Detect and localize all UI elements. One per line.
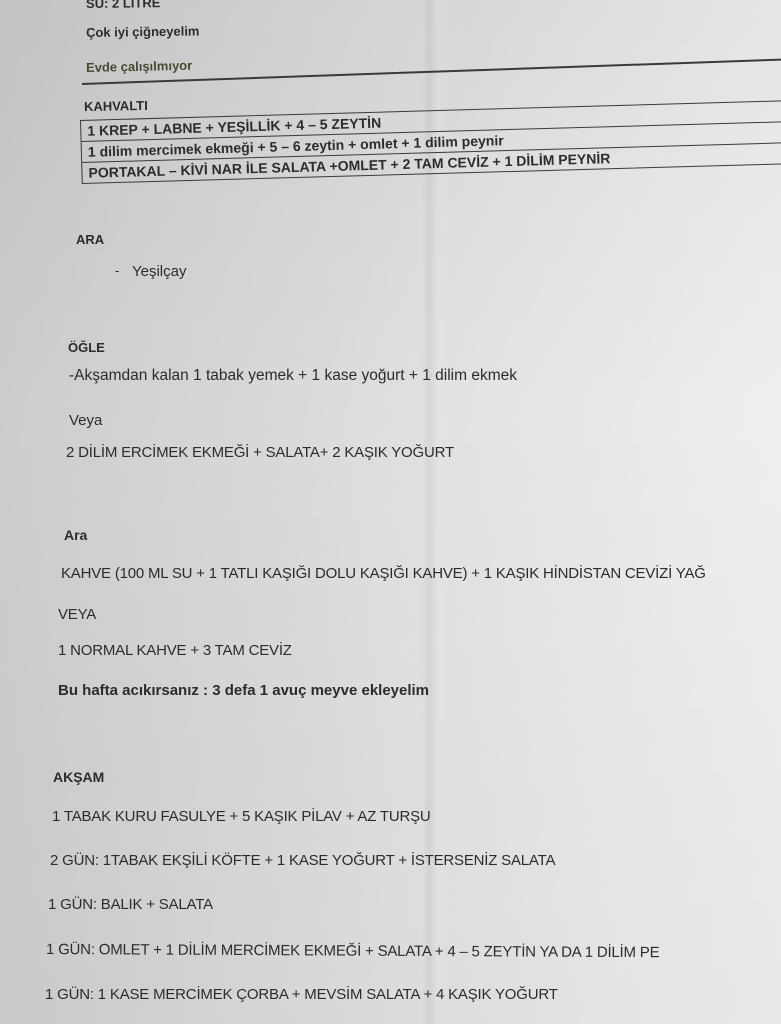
lunch-or: Veya bbox=[69, 412, 102, 429]
lunch-option-1: -Akşamdan kalan 1 tabak yemek + 1 kase y… bbox=[69, 367, 517, 385]
dinner-item: 1 TABAK KURU FASULYE + 5 KAŞIK PİLAV + A… bbox=[52, 808, 431, 825]
lunch-title: ÖĞLE bbox=[68, 340, 105, 355]
snack2-option-2: 1 NORMAL KAHVE + 3 TAM CEVİZ bbox=[58, 642, 292, 659]
breakfast-title: KAHVALTI bbox=[84, 98, 148, 114]
breakfast-options-table: 1 KREP + LABNE + YEŞİLLİK + 4 – 5 ZEYTİN… bbox=[80, 100, 781, 184]
snack2-note: Bu hafta acıkırsanız : 3 defa 1 avuç mey… bbox=[58, 682, 429, 699]
dinner-item: 1 GÜN: BALIK + SALATA bbox=[48, 896, 213, 913]
snack1-title: ARA bbox=[76, 232, 104, 247]
dinner-title: AKŞAM bbox=[53, 769, 104, 785]
diet-sheet-paper: SU: 2 LİTRE Çok iyi çiğneyelim Evde çalı… bbox=[0, 0, 781, 1024]
lunch-option-2: 2 DİLİM ERCİMEK EKMEĞİ + SALATA+ 2 KAŞIK… bbox=[66, 444, 454, 461]
snack1-bullet: - bbox=[115, 263, 119, 278]
snack2-title: Ara bbox=[64, 527, 87, 543]
snack2-option-1: KAHVE (100 ML SU + 1 TATLI KAŞIĞI DOLU K… bbox=[61, 565, 706, 582]
work-line: Evde çalışılmıyor bbox=[86, 58, 193, 75]
snack1-item: Yeşilçay bbox=[132, 263, 186, 280]
dinner-item: 2 GÜN: 1TABAK EKŞİLİ KÖFTE + 1 KASE YOĞU… bbox=[50, 852, 555, 869]
chew-line: Çok iyi çiğneyelim bbox=[86, 23, 200, 40]
dinner-item: 1 GÜN: OMLET + 1 DİLİM MERCİMEK EKMEĞİ +… bbox=[46, 941, 660, 961]
dinner-item: 1 GÜN: 1 KASE MERCİMEK ÇORBA + MEVSİM SA… bbox=[45, 986, 558, 1003]
snack2-or: VEYA bbox=[58, 606, 96, 623]
water-line: SU: 2 LİTRE bbox=[86, 0, 161, 11]
